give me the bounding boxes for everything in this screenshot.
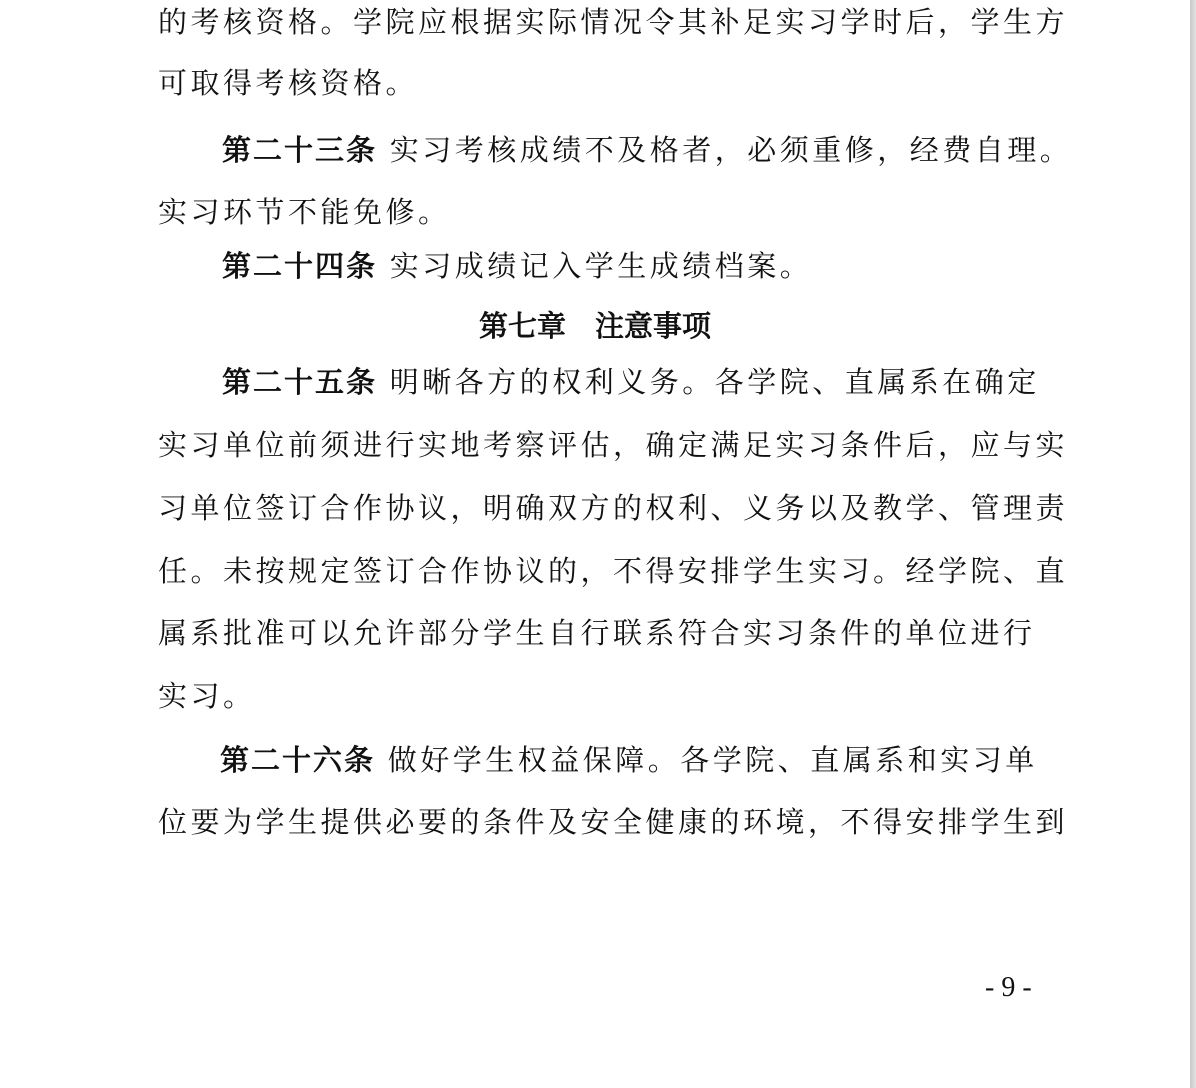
- text-line: 的考核资格。学院应根据实际情况令其补足实习学时后，学生方: [158, 2, 1038, 42]
- article-26: 第二十六条 做好学生权益保障。各学院、直属系和实习单: [220, 740, 1100, 780]
- chapter-heading: 第七章 注意事项: [0, 306, 1190, 346]
- article-text: 实习成绩记入学生成绩档案。: [377, 249, 812, 283]
- article-number: 第二十六条: [220, 743, 375, 777]
- text-line: 位要为学生提供必要的条件及安全健康的环境，不得安排学生到: [158, 802, 1038, 842]
- text-line: 属系批准可以允许部分学生自行联系符合实习条件的单位进行: [158, 613, 1038, 653]
- text-line: 可取得考核资格。: [158, 63, 1038, 103]
- article-text: 明晰各方的权利义务。各学院、直属系在确定: [377, 365, 1040, 399]
- article-number: 第二十五条: [222, 365, 377, 399]
- text-line: 实习环节不能免修。: [158, 192, 1038, 232]
- text-line: 实习单位前须进行实地考察评估，确定满足实习条件后，应与实: [158, 425, 1038, 465]
- article-text: 做好学生权益保障。各学院、直属系和实习单: [375, 743, 1038, 777]
- text-line: 习单位签订合作协议，明确双方的权利、义务以及教学、管理责: [158, 488, 1038, 528]
- document-page: 的考核资格。学院应根据实际情况令其补足实习学时后，学生方 可取得考核资格。 第二…: [0, 0, 1190, 1088]
- page-edge-scrollbar: [1190, 0, 1196, 1088]
- text-line: 任。未按规定签订合作协议的，不得安排学生实习。经学院、直: [158, 551, 1038, 591]
- article-number: 第二十三条: [222, 133, 377, 167]
- page-number: - 9 -: [985, 972, 1032, 1004]
- article-23: 第二十三条 实习考核成绩不及格者，必须重修，经费自理。: [222, 130, 1102, 170]
- text-line: 实习。: [158, 676, 1038, 716]
- article-text: 实习考核成绩不及格者，必须重修，经费自理。: [377, 133, 1072, 167]
- article-number: 第二十四条: [222, 249, 377, 283]
- article-25: 第二十五条 明晰各方的权利义务。各学院、直属系在确定: [222, 362, 1102, 402]
- article-24: 第二十四条 实习成绩记入学生成绩档案。: [222, 246, 1102, 286]
